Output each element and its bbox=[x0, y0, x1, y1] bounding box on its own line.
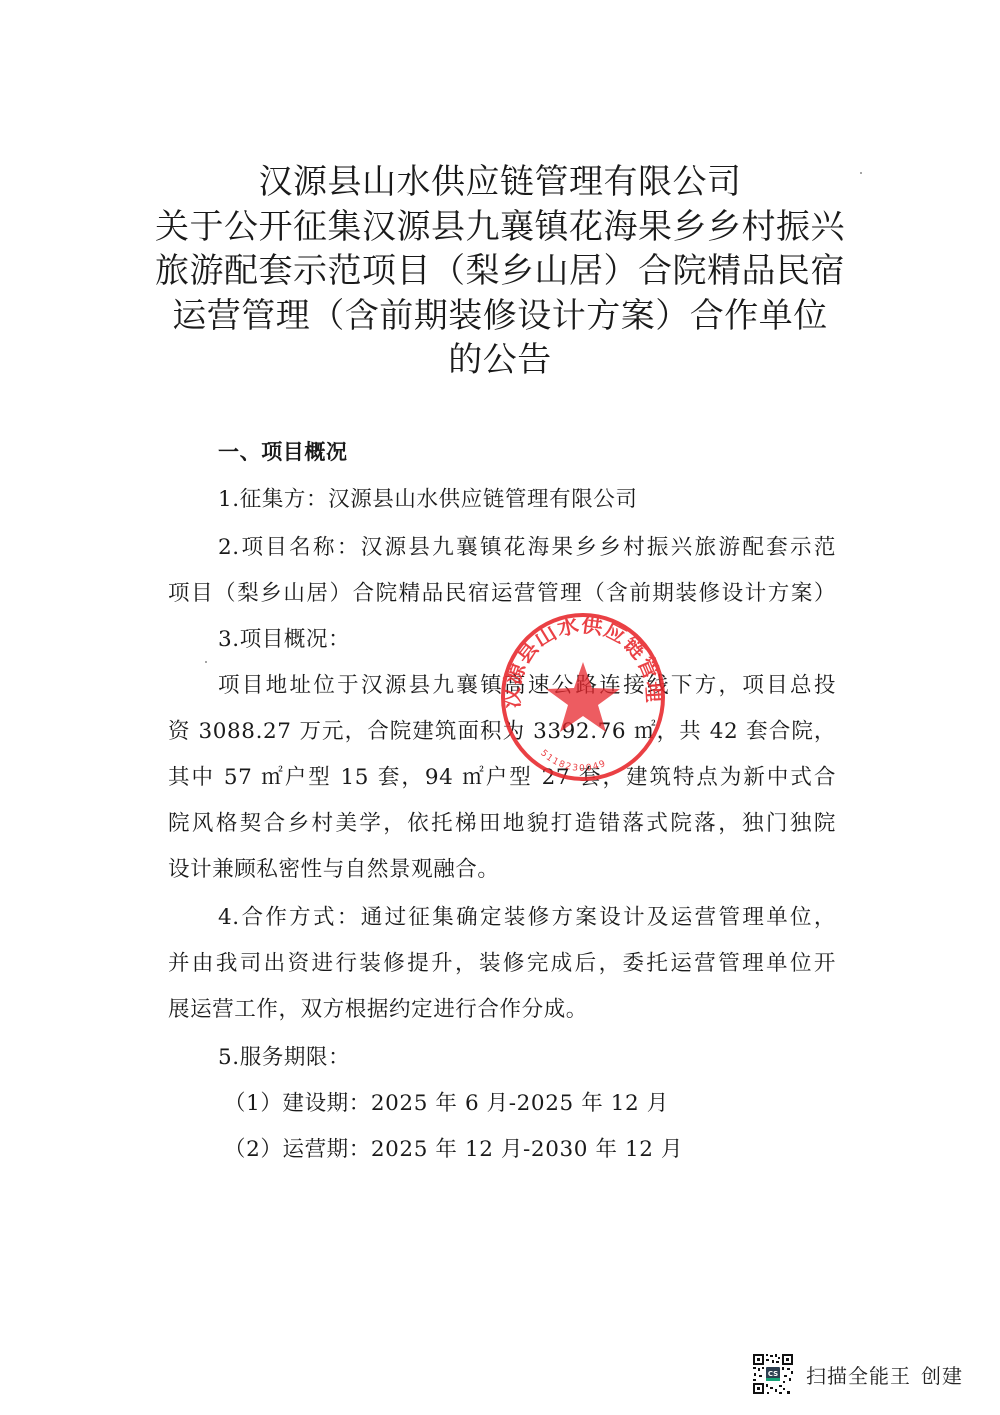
item-3-overview-line-4: 院风格契合乡村美学，依托梯田地貌打造错落式院落，独门独院 bbox=[168, 806, 836, 837]
item-2-project-name-line-2: 项目（梨乡山居）合院精品民宿运营管理（含前期装修设计方案） bbox=[168, 576, 836, 607]
period-operation: （2）运营期：2025 年 12 月-2030 年 12 月 bbox=[224, 1132, 683, 1163]
item-4-cooperation-line-2: 并由我司出资进行装修提升，装修完成后，委托运营管理单位开 bbox=[168, 946, 836, 977]
watermark-text: 扫描全能王创建 bbox=[806, 1360, 963, 1389]
item-3-overview-line-1: 项目地址位于汉源县九襄镇高速公路连接线下方，项目总投 bbox=[218, 668, 836, 699]
document-title: 汉源县山水供应链管理有限公司 关于公开征集汉源县九襄镇花海果乡乡村振兴 旅游配套… bbox=[150, 160, 850, 383]
qr-code-icon: CS bbox=[752, 1353, 794, 1395]
title-line-3: 旅游配套示范项目（梨乡山居）合院精品民宿 bbox=[150, 249, 850, 294]
section-heading: 一、项目概况 bbox=[218, 436, 348, 466]
item-4-cooperation-line-1: 4.合作方式：通过征集确定装修方案设计及运营管理单位， bbox=[218, 900, 836, 931]
scan-speck bbox=[860, 172, 862, 174]
period-construction: （1）建设期：2025 年 6 月-2025 年 12 月 bbox=[224, 1086, 669, 1117]
scan-speck bbox=[205, 661, 207, 663]
title-line-4: 运营管理（含前期装修设计方案）合作单位 bbox=[150, 294, 850, 339]
item-3-overview-line-2: 资 3088.27 万元，合院建筑面积为 3392.76 ㎡，共 42 套合院， bbox=[168, 714, 836, 745]
title-line-1: 汉源县山水供应链管理有限公司 bbox=[150, 160, 850, 205]
item-1-collector: 1.征集方：汉源县山水供应链管理有限公司 bbox=[218, 482, 638, 513]
item-3-overview-line-3: 其中 57 ㎡户型 15 套，94 ㎡户型 27 套，建筑特点为新中式合 bbox=[168, 760, 836, 791]
qr-badge: CS bbox=[768, 1370, 778, 1378]
scanner-watermark: CS 扫描全能王创建 bbox=[752, 1353, 963, 1395]
scanner-app-name: 扫描全能王 bbox=[806, 1364, 911, 1388]
scanned-document-page: 汉源县山水供应链管理有限公司 关于公开征集汉源县九襄镇花海果乡乡村振兴 旅游配套… bbox=[0, 0, 1000, 1415]
item-3-label: 3.项目概况： bbox=[218, 622, 350, 653]
title-line-5: 的公告 bbox=[150, 338, 850, 383]
title-line-2: 关于公开征集汉源县九襄镇花海果乡乡村振兴 bbox=[150, 205, 850, 250]
item-4-cooperation-line-3: 展运营工作，双方根据约定进行合作分成。 bbox=[168, 992, 588, 1023]
item-5-label: 5.服务期限： bbox=[218, 1040, 350, 1071]
item-3-overview-line-5: 设计兼顾私密性与自然景观融合。 bbox=[168, 852, 500, 883]
watermark-action: 创建 bbox=[921, 1364, 963, 1388]
item-2-project-name-line-1: 2.项目名称：汉源县九襄镇花海果乡乡村振兴旅游配套示范 bbox=[218, 530, 836, 561]
